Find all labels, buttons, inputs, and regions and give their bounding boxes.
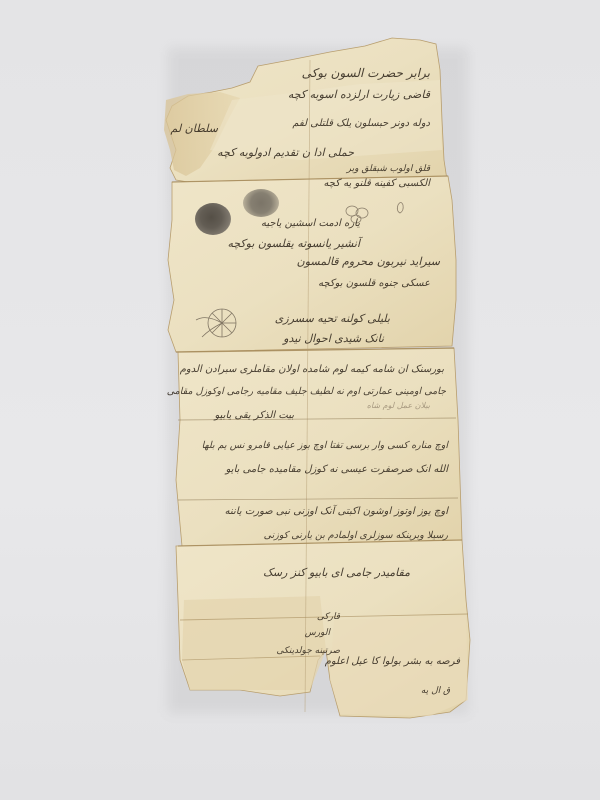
- text-line: بیت الذکر یقی یابیو: [184, 410, 294, 421]
- text-line: اوچ مناره کسی وار برسی تفتا اوچ بوز عیای…: [184, 440, 448, 451]
- text-line: دوله دونر حبسلون یلک قلتلی لفم: [240, 118, 430, 129]
- text-line: قارکی: [290, 612, 340, 622]
- margin-note: سلطان لم: [168, 122, 218, 135]
- faint-note: بیلان عمل لوم شاه: [340, 401, 430, 410]
- text-line: سیراید نیربون محروم قالمسون: [290, 255, 440, 268]
- text-line: قاضی زیارت ارلزده اسوبه کچه: [280, 88, 430, 101]
- text-line: اوچ یوز اوتوز اوشون اکبتی آنک اوزنی نبی …: [184, 506, 448, 517]
- text-line: بورسنک ان شامه کیمه لوم شامده اولان مقام…: [184, 364, 444, 375]
- text-line: قلق اولوب شبقلق وبر: [300, 164, 430, 174]
- text-line: جامی اومینی عمارتی اوم نه لطیف جلیف مقام…: [182, 386, 446, 397]
- text-line: آنشیر یانسوته یقلسون بوکچه: [230, 237, 360, 250]
- text-line: الورس: [290, 628, 330, 638]
- text-line: برابر حضرت السون بوکی: [280, 66, 430, 80]
- text-line: یاره ادمت اسشین یاجیه: [240, 218, 360, 229]
- text-line: فرصه به بشر بولوا کا عیل اعلوم: [320, 656, 460, 667]
- text-line: الکسبی کفینه قلنو یه کچه: [300, 178, 430, 189]
- text-line: حملی ادا ن تقدیم ادولوبه کچه: [204, 146, 354, 159]
- text-line: نانک شیدی احوال نیدو: [244, 332, 384, 345]
- text-line: الله انک صرصفرت عیسی نه کوزل مقامیده جام…: [184, 464, 448, 475]
- text-line: بلیلی کولنه تحیه سسرزی: [250, 312, 390, 325]
- text-line: صرتینه جولدینکی: [240, 646, 340, 656]
- photo-backdrop: سلطان لم برابر حضرت السون بوکی قاضی زیار…: [0, 0, 600, 800]
- seal-stamp-right: [243, 189, 279, 217]
- text-line: مقامیدر جامی ای بابیو کنز رسک: [210, 566, 410, 579]
- text-line: ق ال یه: [400, 686, 450, 696]
- text-line: عسکی جنوه قلسون بوکچه: [300, 278, 430, 289]
- text-line: رسیلا وبرینکه سوزلری اولمادم بن یارنی کو…: [184, 530, 448, 541]
- seal-stamp-left: [195, 203, 231, 235]
